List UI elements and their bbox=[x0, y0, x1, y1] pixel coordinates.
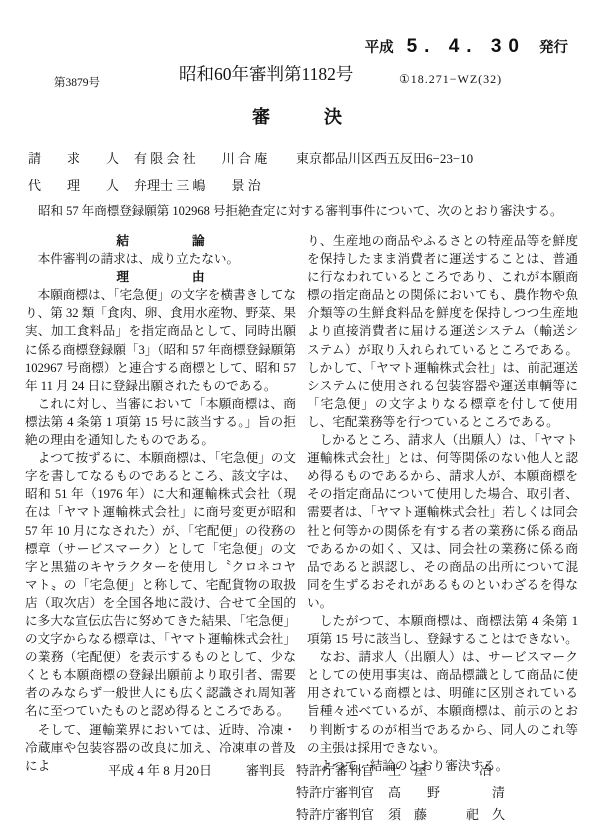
paragraph-confusion-risk: しかるところ、請求人（出願人）は、「ヤマト運輸株式会社」とは、何等関係のない他人… bbox=[307, 431, 578, 612]
party-address: 東京都品川区西五反田6−23−10 bbox=[296, 148, 473, 167]
party-name: 弁理士 三 嶋 景 治 bbox=[134, 175, 296, 194]
party-row-demandant: 請 求 人 有 限 会 社 川 合 庵 東京都品川区西五反田6−23−10 bbox=[28, 148, 473, 167]
document-title: 審 決 bbox=[0, 103, 594, 129]
examiner-name: 高 野 清 bbox=[388, 782, 505, 804]
heading-conclusion: 結 論 bbox=[25, 232, 296, 250]
chief-examiner-label: 審判長 bbox=[246, 760, 296, 779]
issue-date-stamp: 5. 4. 30 bbox=[407, 36, 526, 58]
paragraph-takkyubin-history: よつて按ずるに、本願商標は、「宅急便」の文字を書してなるものであるところ、該文字… bbox=[25, 449, 296, 720]
classification-code: ①18.271−WZ(32) bbox=[399, 72, 502, 87]
signature-block: 平成 4 年 8 月20日 審判長 特許庁審判官 土 屋 冶 特許庁審判官 高 … bbox=[108, 760, 505, 826]
heading-reason: 理 由 bbox=[25, 268, 296, 286]
paragraph-refusal-notice: これに対し、当審において「本願商標は、商標法第 4 条第 1 項第 15 号に該… bbox=[25, 395, 296, 449]
issue-era-label: 平成 bbox=[365, 36, 394, 57]
party-role-label: 請 求 人 bbox=[28, 148, 134, 167]
decision-body: 結 論 本件審判の請求は、成り立たない。 理 由 本願商標は、「宅急便」の文字を… bbox=[25, 232, 578, 775]
case-summary-line: 昭和 57 年商標登録願第 102968 号拒絶査定に対する審判事件について、次… bbox=[38, 201, 563, 219]
examiner-row: 特許庁審判官 土 屋 冶 bbox=[296, 760, 505, 782]
examiner-title: 特許庁審判官 bbox=[296, 760, 374, 782]
paragraph-conclusion: 本件審判の請求は、成り立たない。 bbox=[25, 250, 296, 268]
paragraph-trademark-description: 本願商標は、「宅急便」の文字を横書きしてなり、第 32 類「食肉、卵、食用水産物… bbox=[25, 286, 296, 395]
examiner-row: 特許庁審判官 高 野 清 bbox=[296, 782, 505, 804]
paragraph-article4-conclusion: したがつて、本願商標は、商標法第 4 条第 1 項第 15 号に該当し、登録する… bbox=[307, 612, 578, 648]
examiner-list: 特許庁審判官 土 屋 冶 特許庁審判官 高 野 清 特許庁審判官 須 藤 祀 久 bbox=[296, 760, 505, 826]
paragraph-transport-industry-cont: り、生産地の商品やふるさとの特産品等を鮮度を保持したまま消費者に運送することは、… bbox=[307, 232, 578, 431]
paragraph-servicemark-argument: なお、請求人（出願人）は、サービスマークとしての使用事実は、商品標識として商品に… bbox=[307, 648, 578, 757]
parties-block: 請 求 人 有 限 会 社 川 合 庵 東京都品川区西五反田6−23−10 代 … bbox=[28, 148, 473, 202]
trial-case-number: 昭和60年審判第1182号 bbox=[179, 61, 353, 86]
examiner-title: 特許庁審判官 bbox=[296, 782, 374, 804]
examiner-name: 土 屋 冶 bbox=[388, 760, 492, 782]
examiner-name: 須 藤 祀 久 bbox=[388, 804, 505, 826]
body-right-column: り、生産地の商品やふるさとの特産品等を鮮度を保持したまま消費者に運送することは、… bbox=[307, 232, 578, 775]
decision-date: 平成 4 年 8 月20日 bbox=[108, 760, 246, 779]
examiner-row: 特許庁審判官 須 藤 祀 久 bbox=[296, 804, 505, 826]
serial-number: 第3879号 bbox=[54, 74, 100, 90]
trial-decision-document: 平成 5. 4. 30 発行 第3879号 昭和60年審判第1182号 ①18.… bbox=[0, 0, 594, 839]
party-role-label: 代 理 人 bbox=[28, 175, 134, 194]
examiner-title: 特許庁審判官 bbox=[296, 804, 374, 826]
issue-date-line: 平成 5. 4. 30 発行 bbox=[365, 36, 568, 58]
party-row-attorney: 代 理 人 弁理士 三 嶋 景 治 bbox=[28, 175, 473, 194]
issue-suffix-label: 発行 bbox=[539, 36, 568, 57]
party-name: 有 限 会 社 川 合 庵 bbox=[134, 148, 296, 167]
body-left-column: 結 論 本件審判の請求は、成り立たない。 理 由 本願商標は、「宅急便」の文字を… bbox=[25, 232, 296, 775]
